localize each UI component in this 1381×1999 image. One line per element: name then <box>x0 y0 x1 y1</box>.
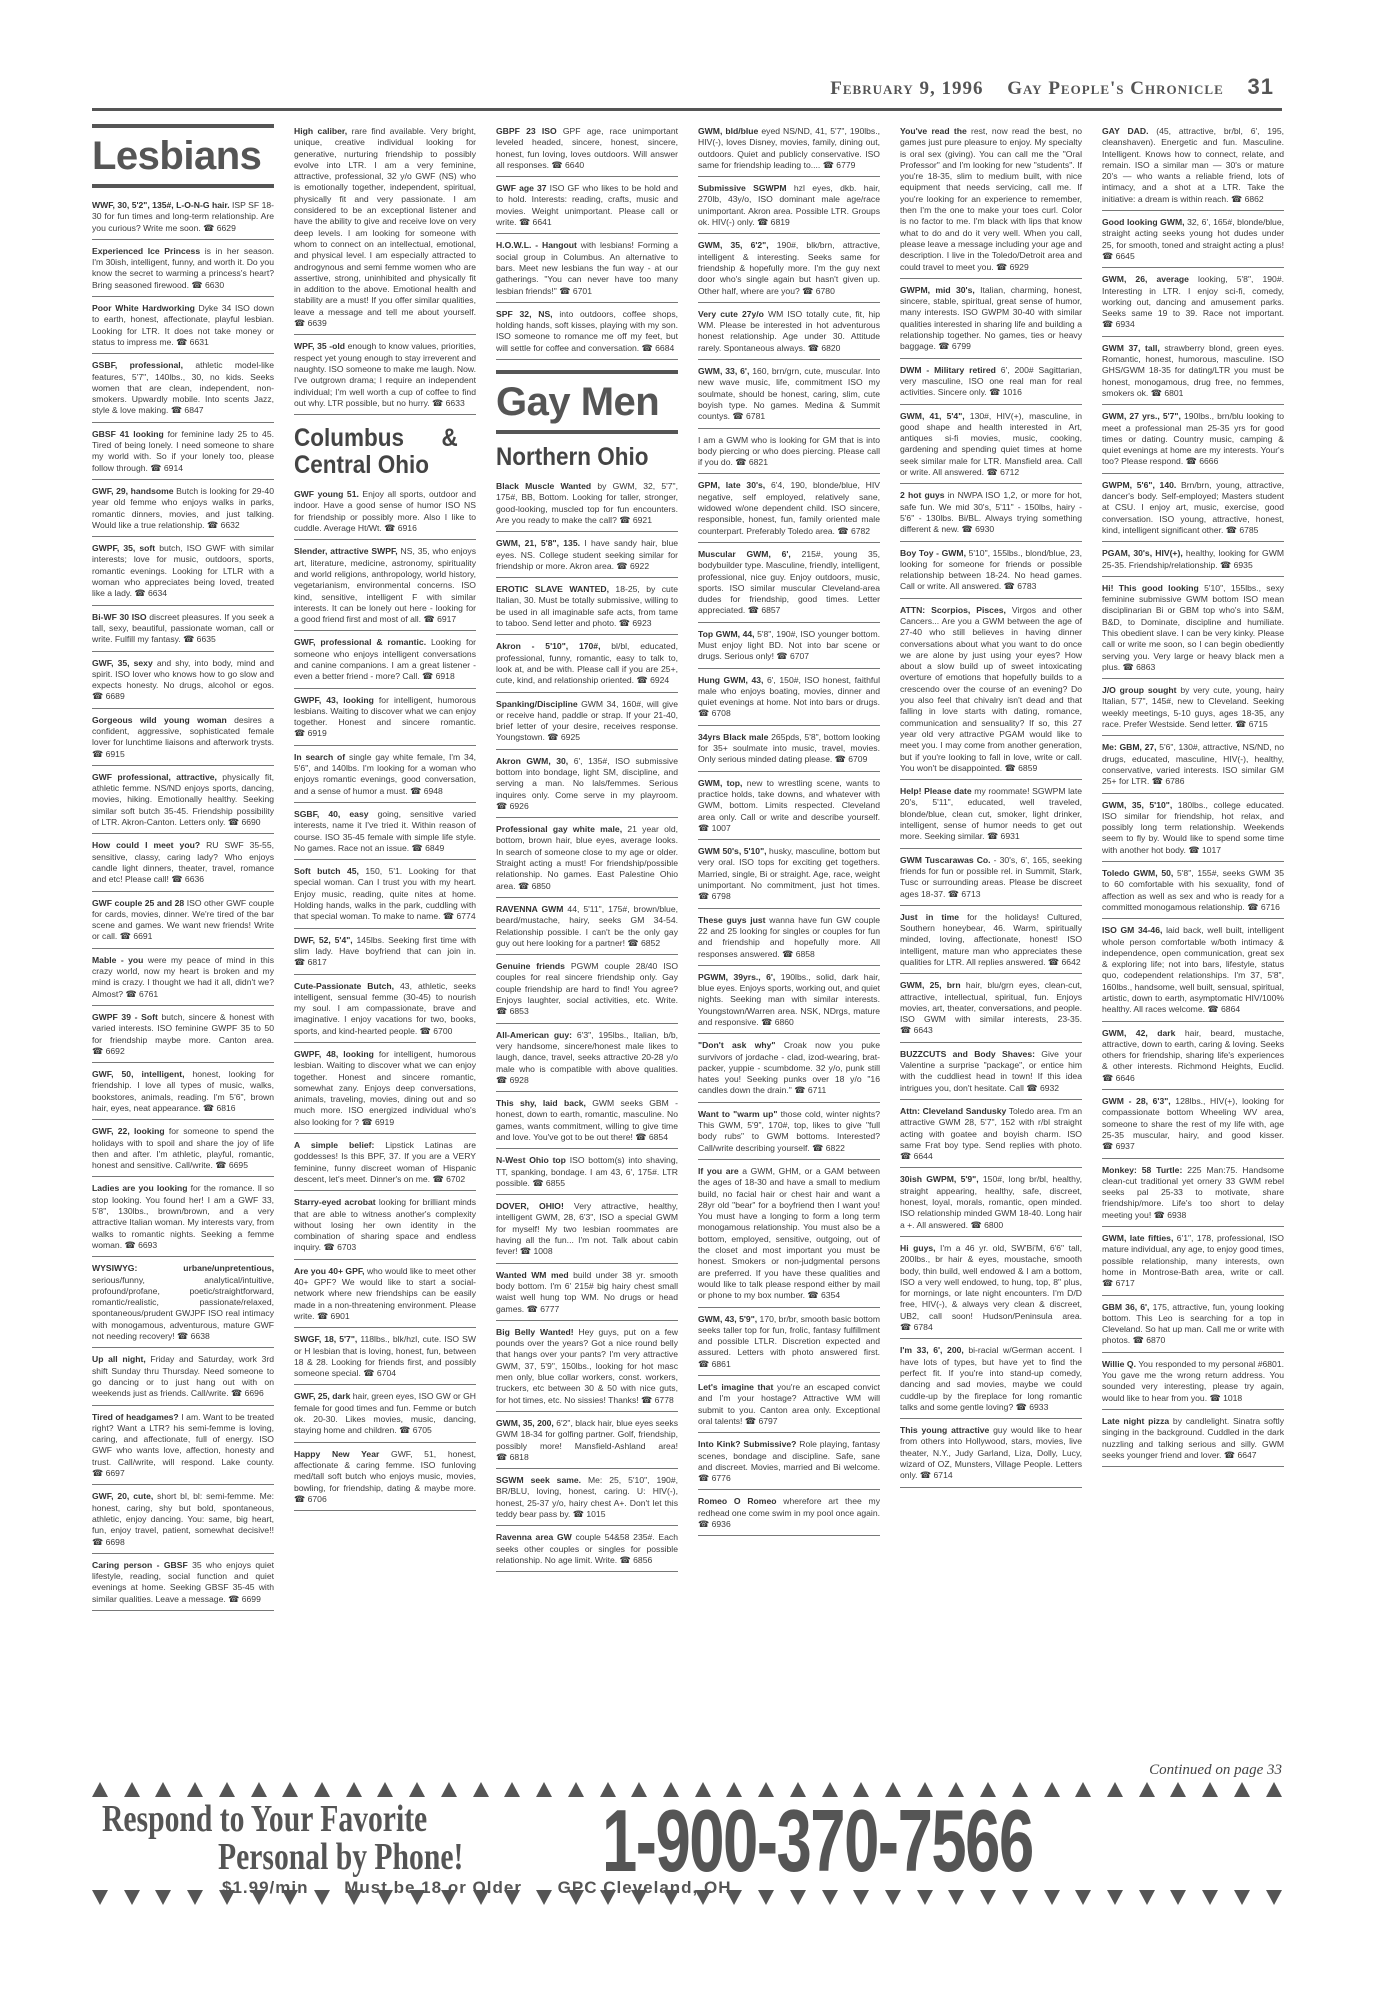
ad-lead: GWM Tuscarawas Co. <box>900 855 991 865</box>
triangle-ornament <box>92 1782 108 1797</box>
ad-lead: DWM - Military retired <box>900 365 996 375</box>
ad-box-number[interactable]: ☎ 6914 <box>148 463 183 473</box>
ad-box-number[interactable]: ☎ 6818 <box>496 1452 529 1462</box>
phone-icon: ☎ <box>1152 776 1163 786</box>
phone-icon: ☎ <box>986 467 997 477</box>
ad-box-number[interactable]: ☎ 6931 <box>985 831 1020 841</box>
box-number: 6936 <box>712 1519 731 1529</box>
banner-price: $1.99/min <box>222 1878 309 1897</box>
ad-box-number[interactable]: ☎ 6797 <box>742 1416 777 1426</box>
ad-box-number[interactable]: ☎ 6702 <box>430 1174 465 1184</box>
box-number: 6820 <box>821 343 840 353</box>
ad-box-number[interactable]: ☎ 6786 <box>1149 776 1184 786</box>
ad-lead: WYSIWYG: urbane/unpretentious, <box>92 1263 274 1273</box>
ad-lead: GAY DAD. <box>1102 126 1148 136</box>
ad-box-number[interactable]: ☎ 6854 <box>633 1132 668 1142</box>
column-6: GAY DAD. (45, attractive, br/bl, 6', 195… <box>1102 122 1284 1772</box>
box-number: 6928 <box>510 1075 529 1085</box>
ad-lead: RAVENNA GWM <box>496 904 563 914</box>
box-number: 6715 <box>1249 719 1268 729</box>
ad-lead: Happy New Year <box>294 1449 379 1459</box>
classified-ad: GWM 37, tall, strawberry blond, green ey… <box>1102 339 1284 405</box>
ad-lead: GWM, 35, 5'10", <box>1102 800 1172 810</box>
ad-box-number[interactable]: ☎ 6779 <box>820 160 855 170</box>
ad-box-number[interactable]: ☎ 6929 <box>994 262 1029 272</box>
box-number: 6781 <box>746 411 765 421</box>
box-number: 6713 <box>961 889 980 899</box>
ad-lead: GWF, 25, dark <box>294 1391 350 1401</box>
ad-box-number[interactable]: ☎ 6783 <box>1001 581 1036 591</box>
ad-box-number[interactable]: ☎ 6822 <box>810 1143 845 1153</box>
ad-box-number[interactable]: ☎ 6925 <box>545 732 580 742</box>
ad-box-number[interactable]: ☎ 6774 <box>441 911 476 921</box>
ad-box-number[interactable]: ☎ 6705 <box>397 1425 432 1435</box>
ad-box-number[interactable]: ☎ 1016 <box>987 387 1022 397</box>
ad-box-number[interactable]: ☎ 6639 <box>294 318 327 328</box>
ad-box-number[interactable]: ☎ 6692 <box>92 1046 125 1056</box>
classified-ad: Hung GWM, 43, 6', 150#, ISO honest, fait… <box>698 671 880 726</box>
phone-icon: ☎ <box>176 337 187 347</box>
ad-lead: GWF, 22, looking <box>92 1126 165 1136</box>
ad-box-number[interactable]: ☎ 6820 <box>805 343 840 353</box>
ad-box-number[interactable]: ☎ 6932 <box>1024 1083 1059 1093</box>
phone-icon: ☎ <box>203 1103 214 1113</box>
ad-box-number[interactable]: ☎ 1007 <box>698 823 731 833</box>
box-number: 6777 <box>540 1304 559 1314</box>
ad-lead: Genuine friends <box>496 961 565 971</box>
phone-icon: ☎ <box>92 1537 103 1547</box>
box-number: 6716 <box>1261 902 1280 912</box>
phone-icon: ☎ <box>294 318 305 328</box>
phone-icon: ☎ <box>636 675 647 685</box>
phone-icon: ☎ <box>616 561 627 571</box>
classified-ad: GBPF 23 ISO GPF age, race unimportant le… <box>496 122 678 177</box>
triangle-ornament <box>822 1890 838 1905</box>
box-number: 6786 <box>1165 776 1184 786</box>
classified-ad: GWF, 29, handsome Butch is looking for 2… <box>92 482 274 537</box>
box-number: 6634 <box>148 588 167 598</box>
ad-box-number[interactable]: ☎ 6936 <box>698 1519 731 1529</box>
classified-ad: GWF, 20, cute, short bl, bl: semi-femme.… <box>92 1487 274 1553</box>
classified-ad: DWF, 52, 5'4", 145lbs. Seeking first tim… <box>294 931 476 975</box>
ad-box-number[interactable]: ☎ 6638 <box>175 1331 210 1341</box>
ad-box-number[interactable]: ☎ 6642 <box>1046 957 1081 967</box>
ad-box-number[interactable]: ☎ 6919 <box>294 728 327 738</box>
phone-icon: ☎ <box>698 1473 709 1483</box>
ad-box-number[interactable]: ☎ 6817 <box>294 957 327 967</box>
ad-box-number[interactable]: ☎ 6707 <box>774 651 809 661</box>
classified-ad: Willie Q. You responded to my personal #… <box>1102 1355 1284 1410</box>
box-number: 1017 <box>1202 845 1221 855</box>
ad-box-number[interactable]: ☎ 6853 <box>496 1006 529 1016</box>
box-number: 1007 <box>712 823 731 833</box>
box-number: 6818 <box>510 1452 529 1462</box>
phone-icon: ☎ <box>1133 1335 1144 1345</box>
phone-icon: ☎ <box>1048 957 1059 967</box>
ad-list: GBPF 23 ISO GPF age, race unimportant le… <box>496 122 678 360</box>
ad-box-number[interactable]: ☎ 6856 <box>617 1555 652 1565</box>
ad-box-number[interactable]: ☎ 6711 <box>792 1085 826 1095</box>
ad-box-number[interactable]: ☎ 6860 <box>759 1017 794 1027</box>
ad-box-number[interactable]: ☎ 6863 <box>1120 662 1155 672</box>
classified-ad: GWM, 35, 5'10", 180lbs., college educate… <box>1102 796 1284 862</box>
box-number: 6849 <box>425 843 444 853</box>
ad-box-number[interactable]: ☎ 6781 <box>730 411 765 421</box>
ad-box-number[interactable]: ☎ 6634 <box>132 588 167 598</box>
ad-box-number[interactable]: ☎ 6706 <box>294 1494 327 1504</box>
phone-icon: ☎ <box>757 217 768 227</box>
box-number: 1008 <box>534 1246 553 1256</box>
classified-ad: Me: GBM, 27, 5'6", 130#, attractive, NS/… <box>1102 738 1284 793</box>
ad-box-number[interactable]: ☎ 6714 <box>918 1470 953 1480</box>
ad-box-number[interactable]: ☎ 6819 <box>755 217 790 227</box>
ad-box-number[interactable]: ☎ 6704 <box>361 1368 396 1378</box>
phone-icon: ☎ <box>1102 1141 1113 1151</box>
phone-icon: ☎ <box>363 1368 374 1378</box>
classified-ad: Starry-eyed acrobat looking for brillian… <box>294 1193 476 1259</box>
phone-icon: ☎ <box>420 1026 431 1036</box>
ad-box-number[interactable]: ☎ 6938 <box>1151 1210 1186 1220</box>
phone-icon: ☎ <box>1186 456 1197 466</box>
ad-box-number[interactable]: ☎ 6690 <box>225 817 260 827</box>
box-number: 6689 <box>106 691 125 701</box>
classified-ad: Genuine friends PGWM couple 28/40 ISO co… <box>496 957 678 1023</box>
classified-ad: Bi-WF 30 ISO discreet pleasures. If you … <box>92 608 274 652</box>
box-number: 6630 <box>205 280 224 290</box>
ad-box-number[interactable]: ☎ 6701 <box>557 286 592 296</box>
ad-box-number[interactable]: ☎ 6870 <box>1130 1335 1165 1345</box>
classified-ad: Black Muscle Wanted by GWM, 32, 5'7", 17… <box>496 477 678 532</box>
classified-ad: Up all night, Friday and Saturday, work … <box>92 1350 274 1405</box>
ad-box-number[interactable]: ☎ 6934 <box>1102 319 1135 329</box>
classified-ad: GWF, 22, looking for someone to spend th… <box>92 1122 274 1177</box>
box-number: 6937 <box>1116 1141 1135 1151</box>
classified-ad: Akron - 5'10", 170#, bl/bl, educated, pr… <box>496 637 678 692</box>
ad-box-number[interactable]: ☎ 6684 <box>639 343 674 353</box>
ad-box-number[interactable]: ☎ 6630 <box>189 280 224 290</box>
ad-box-number[interactable]: ☎ 6636 <box>169 874 204 884</box>
ad-box-number[interactable]: ☎ 6716 <box>1245 902 1280 912</box>
phone-icon: ☎ <box>761 1017 772 1027</box>
box-number: 6926 <box>510 801 529 811</box>
ad-box-number[interactable]: ☎ 6862 <box>1229 194 1264 204</box>
classified-ad: Cute-Passionate Butch, 43, athletic, see… <box>294 977 476 1043</box>
ad-body: 5'10", 155lbs., sexy feminine submissive… <box>1102 583 1284 672</box>
ad-box-number[interactable]: ☎ 6858 <box>780 949 815 959</box>
ad-lead: DOVER, OHIO! <box>496 1201 564 1211</box>
classified-ad: Tired of headgames? I am. Want to be tre… <box>92 1408 274 1486</box>
ad-box-number[interactable]: ☎ 6916 <box>382 523 417 533</box>
triangle-ornament <box>1234 1782 1250 1797</box>
box-number: 1016 <box>1003 387 1022 397</box>
phone-icon: ☎ <box>551 160 562 170</box>
banner-body: Respond to Your Favorite Personal by Pho… <box>92 1798 1282 1890</box>
ad-box-number[interactable]: ☎ 6930 <box>959 524 994 534</box>
ad-box-number[interactable]: ☎ 6861 <box>698 1359 731 1369</box>
classified-ad: How could I meet you? RU SWF 35-55, sens… <box>92 836 274 891</box>
box-number: 6354 <box>821 1290 840 1300</box>
classified-ad: Experienced Ice Princess is in her seaso… <box>92 242 274 297</box>
phone-icon: ☎ <box>987 831 998 841</box>
ad-box-number[interactable]: ☎ 6693 <box>122 1240 157 1250</box>
ad-body: NS, 35, who enjoys art, literature, medi… <box>294 546 476 624</box>
ad-box-number[interactable]: ☎ 6697 <box>92 1468 125 1478</box>
box-number: 6853 <box>510 1006 529 1016</box>
ad-box-number[interactable]: ☎ 6852 <box>625 938 660 948</box>
ad-box-number[interactable]: ☎ 6354 <box>805 1290 840 1300</box>
ad-box-number[interactable]: ☎ 6709 <box>832 754 867 764</box>
box-number: 6636 <box>185 874 204 884</box>
box-number: 6780 <box>816 286 835 296</box>
column-4: GWM, bld/blue eyed NS/ND, 41, 5'7", 190l… <box>698 122 880 1772</box>
phone-icon: ☎ <box>635 1132 646 1142</box>
column-1: Lesbians WWF, 30, 5'2", 135#, L-O-N-G ha… <box>92 122 274 1772</box>
ad-box-number[interactable]: ☎ 6923 <box>616 618 651 628</box>
triangle-ornament <box>282 1782 298 1797</box>
phone-icon: ☎ <box>1220 560 1231 570</box>
ad-body: I am a GWM who is looking for GM that is… <box>698 435 880 468</box>
triangle-ornament <box>187 1782 203 1797</box>
ad-box-number[interactable]: ☎ 6643 <box>900 1025 933 1035</box>
ad-box-number[interactable]: ☎ 6715 <box>1233 719 1268 729</box>
box-number: 6850 <box>532 881 551 891</box>
classified-ad: Spanking/Discipline GWM 34, 160#, will g… <box>496 695 678 750</box>
ad-box-number[interactable]: ☎ 6857 <box>745 605 780 615</box>
ad-box-number[interactable]: ☎ 6708 <box>698 708 731 718</box>
ad-lead: WWF, 30, 5'2", 135#, L-O-N-G hair. <box>92 200 230 210</box>
box-number: 6693 <box>138 1240 157 1250</box>
ad-box-number[interactable]: ☎ 6713 <box>945 889 980 899</box>
ad-box-number[interactable]: ☎ 6646 <box>1102 1073 1135 1083</box>
ad-box-number[interactable]: ☎ 6937 <box>1102 1141 1135 1151</box>
ad-lead: How could I meet you? <box>92 840 200 850</box>
ad-box-number[interactable]: ☎ 6917 <box>421 614 456 624</box>
classified-ad: Late night pizza by candlelight. Sinatra… <box>1102 1412 1284 1467</box>
box-number: 6691 <box>133 931 152 941</box>
ad-box-number[interactable]: ☎ 6901 <box>315 1311 350 1321</box>
classified-ad: GWM Tuscarawas Co. - 30's, 6', 165, seek… <box>900 851 1082 906</box>
ad-box-number[interactable]: ☎ 6780 <box>800 286 835 296</box>
ad-box-number[interactable]: ☎ 6698 <box>92 1537 125 1547</box>
box-number: 6919 <box>375 1117 394 1127</box>
classified-ad: PGAM, 30's, HIV(+), healthy, looking for… <box>1102 544 1284 577</box>
ad-box-number[interactable]: ☎ 6666 <box>1183 456 1218 466</box>
ad-lead: Submissive SGWPM <box>698 183 787 193</box>
ad-box-number[interactable]: ☎ 1017 <box>1186 845 1221 855</box>
ad-box-number[interactable]: ☎ 6918 <box>420 671 455 681</box>
phone-icon: ☎ <box>294 1494 305 1504</box>
ad-box-number[interactable]: ☎ 6855 <box>530 1178 565 1188</box>
ad-lead: GWM - 28, 6'3", <box>1102 1096 1171 1106</box>
ad-lead: Willie Q. <box>1102 1359 1136 1369</box>
triangle-ornament <box>1234 1890 1250 1905</box>
ad-lead: Are you 40+ GPF, <box>294 1266 365 1276</box>
ad-box-number[interactable]: ☎ 6816 <box>200 1103 235 1113</box>
triangle-ornament <box>1139 1890 1155 1905</box>
ad-box-number[interactable]: ☎ 6847 <box>168 405 203 415</box>
ad-box-number[interactable]: ☎ 6921 <box>617 515 652 525</box>
ad-box-number[interactable]: ☎ 6689 <box>92 691 125 701</box>
classified-ad: GWM, 43, 5'9", 170, br/br, smooth basic … <box>698 1310 880 1376</box>
ad-list: GAY DAD. (45, attractive, br/bl, 6', 195… <box>1102 122 1284 1467</box>
phone-icon: ☎ <box>1004 581 1015 591</box>
ad-box-number[interactable]: ☎ 6799 <box>936 341 971 351</box>
classified-ad: Boy Toy - GWM, 5'10", 155lbs., blond/blu… <box>900 544 1082 599</box>
phone-icon: ☎ <box>996 262 1007 272</box>
phone-icon: ☎ <box>171 874 182 884</box>
triangle-ornament <box>885 1890 901 1905</box>
ad-box-number[interactable]: ☎ 6800 <box>968 1220 1003 1230</box>
ad-lead: This young attractive <box>900 1425 989 1435</box>
box-number: 6692 <box>106 1046 125 1056</box>
phone-icon: ☎ <box>532 1178 543 1188</box>
triangle-ornament <box>536 1782 552 1797</box>
ad-box-number[interactable]: ☎ 6922 <box>614 561 649 571</box>
ad-box-number[interactable]: ☎ 6933 <box>1013 1402 1048 1412</box>
ad-box-number[interactable]: ☎ 6712 <box>984 467 1019 477</box>
classified-ad: GWM, late fifties, 6'1", 178, profession… <box>1102 1229 1284 1295</box>
ad-box-number[interactable]: ☎ 6761 <box>123 989 158 999</box>
ad-lead: Hung GWM, 43, <box>698 675 763 685</box>
ad-lead: GWM, 42, dark <box>1102 1028 1175 1038</box>
ad-lead: GWM, 33, 6', <box>698 366 749 376</box>
ad-box-number[interactable]: ☎ 6699 <box>226 1594 261 1604</box>
classified-ad: Attn: Cleveland Sandusky Toledo area. I'… <box>900 1102 1082 1168</box>
ad-lead: SGWM seek same. <box>496 1475 581 1485</box>
ad-box-number[interactable]: ☎ 6801 <box>1148 388 1183 398</box>
ad-box-number[interactable]: ☎ 6778 <box>639 1395 674 1405</box>
ad-box-number[interactable]: ☎ 6859 <box>1002 763 1037 773</box>
ad-box-number[interactable]: ☎ 6629 <box>201 223 236 233</box>
box-number: 6700 <box>433 1026 452 1036</box>
ad-lead: GWPF 39 - Soft <box>92 1012 158 1022</box>
ad-box-number[interactable]: ☎ 6924 <box>634 675 669 685</box>
phone-icon: ☎ <box>970 1220 981 1230</box>
ad-box-number[interactable]: ☎ 6776 <box>698 1473 731 1483</box>
classified-ad: I am a GWM who is looking for GM that is… <box>698 431 880 475</box>
ad-box-number[interactable]: ☎ 6928 <box>496 1075 529 1085</box>
classified-ad: SWGF, 18, 5'7", 118lbs., blk/hzl, cute. … <box>294 1330 476 1385</box>
ad-box-number[interactable]: ☎ 6700 <box>417 1026 452 1036</box>
ad-lead: Bi-WF 30 ISO <box>92 612 147 622</box>
ad-box-number[interactable]: ☎ 6644 <box>900 1151 933 1161</box>
ad-box-number[interactable]: ☎ 6647 <box>1221 1450 1256 1460</box>
ad-lead: GWM, 35, 6'2", <box>698 240 769 250</box>
ad-box-number[interactable]: ☎ 6645 <box>1102 251 1135 261</box>
ad-box-number[interactable]: ☎ 6691 <box>117 931 152 941</box>
ad-box-number[interactable]: ☎ 6785 <box>1223 525 1258 535</box>
ad-box-number[interactable]: ☎ 6695 <box>213 1160 248 1170</box>
ad-lead: GWM 50's, 5'10", <box>698 846 767 856</box>
ad-box-number[interactable]: ☎ 6784 <box>900 1322 933 1332</box>
ad-box-number[interactable]: ☎ 6782 <box>835 526 870 536</box>
phone-icon: ☎ <box>92 691 103 701</box>
ad-box-number[interactable]: ☎ 6633 <box>430 398 465 408</box>
ad-box-number[interactable]: ☎ 6696 <box>229 1388 264 1398</box>
ad-body: (45, attractive, br/bl, 6', 195, cleansh… <box>1102 126 1284 204</box>
ad-box-number[interactable]: ☎ 6703 <box>321 1242 356 1252</box>
triangle-ornament <box>187 1890 203 1905</box>
banner-headline-1: Respond to Your Favorite <box>102 1800 427 1838</box>
ad-lead: Experienced Ice Princess <box>92 246 200 256</box>
ad-box-number[interactable]: ☎ 6641 <box>517 217 552 227</box>
ad-box-number[interactable]: ☎ 6631 <box>174 337 209 347</box>
triangle-ornament <box>790 1890 806 1905</box>
ad-box-number[interactable]: ☎ 1015 <box>570 1509 605 1519</box>
ad-box-number[interactable]: ☎ 6935 <box>1218 560 1253 570</box>
banner-phone-number[interactable]: 1-900-370-7566 <box>602 1798 1033 1884</box>
ad-box-number[interactable]: ☎ 6864 <box>1205 1004 1240 1014</box>
classified-ad: GWF, 25, dark hair, green eyes, ISO GW o… <box>294 1387 476 1442</box>
ad-lead: Romeo O Romeo <box>698 1496 776 1506</box>
classified-ad: GWPF 39 - Soft butch, sincere & honest w… <box>92 1008 274 1063</box>
triangle-ornament <box>1202 1890 1218 1905</box>
ad-box-number[interactable]: ☎ 1018 <box>1207 1393 1242 1403</box>
ad-lead: SGBF, 40, easy <box>294 809 369 819</box>
ad-box-number[interactable]: ☎ 6798 <box>698 891 731 901</box>
ad-box-number[interactable]: ☎ 6635 <box>181 634 216 644</box>
box-number: 6714 <box>934 1470 953 1480</box>
ad-box-number[interactable]: ☎ 6849 <box>409 843 444 853</box>
box-number: 6704 <box>377 1368 396 1378</box>
classified-ad: 2 hot guys in NWPA ISO 1,2, or more for … <box>900 486 1082 541</box>
ad-box-number[interactable]: ☎ 6919 <box>359 1117 394 1127</box>
phone-icon: ☎ <box>423 614 434 624</box>
ad-body: Hey guys, put on a few pounds over the y… <box>496 1327 678 1405</box>
classified-ad: In search of single gay white female, I'… <box>294 748 476 803</box>
ad-lead: GSBF, professional, <box>92 360 183 370</box>
box-number: 6711 <box>808 1085 826 1095</box>
box-number: 6640 <box>565 160 584 170</box>
ad-box-number[interactable]: ☎ 6948 <box>408 786 443 796</box>
phone-icon: ☎ <box>641 1395 652 1405</box>
box-number: 6847 <box>184 405 203 415</box>
ad-box-number[interactable]: ☎ 1008 <box>518 1246 553 1256</box>
phone-icon: ☎ <box>422 671 433 681</box>
ad-box-number[interactable]: ☎ 6926 <box>496 801 529 811</box>
ad-lead: Soft butch 45, <box>294 866 359 876</box>
ad-box-number[interactable]: ☎ 6915 <box>92 749 125 759</box>
phone-icon: ☎ <box>150 463 161 473</box>
ad-box-number[interactable]: ☎ 6850 <box>516 881 551 891</box>
ad-box-number[interactable]: ☎ 6821 <box>733 457 768 467</box>
ad-box-number[interactable]: ☎ 6717 <box>1102 1278 1135 1288</box>
ad-box-number[interactable]: ☎ 6640 <box>549 160 584 170</box>
phone-icon: ☎ <box>294 957 305 967</box>
phone-icon: ☎ <box>92 1468 103 1478</box>
classified-ad: ISO GM 34-46, laid back, well built, int… <box>1102 921 1284 1021</box>
ad-body: rest, now read the best, no games just p… <box>900 126 1082 272</box>
phone-icon: ☎ <box>412 843 423 853</box>
box-number: 6852 <box>641 938 660 948</box>
phone-icon: ☎ <box>1016 1402 1027 1412</box>
classified-ad: Gorgeous wild young woman desires a conf… <box>92 711 274 766</box>
box-number: 6647 <box>1237 1450 1256 1460</box>
phone-icon: ☎ <box>698 1359 709 1369</box>
ad-box-number[interactable]: ☎ 6777 <box>524 1304 559 1314</box>
classified-ad: Hi! This good looking 5'10", 155lbs., se… <box>1102 579 1284 679</box>
ad-lead: Mable - you <box>92 955 143 965</box>
box-number: 6801 <box>1164 388 1183 398</box>
ad-box-number[interactable]: ☎ 6632 <box>205 520 240 530</box>
classified-ad: I'm 33, 6', 200, bi-racial w/German acce… <box>900 1341 1082 1419</box>
box-number: 6797 <box>758 1416 777 1426</box>
ad-lead: GBPF 23 ISO <box>496 126 557 136</box>
classified-ad: GWM, 41, 5'4", 130#, HIV(+), masculine, … <box>900 407 1082 485</box>
box-number: 6642 <box>1062 957 1081 967</box>
phone-icon: ☎ <box>518 881 529 891</box>
banner-subline: $1.99/min Must be 18 or Older GPC Clevel… <box>222 1878 762 1898</box>
